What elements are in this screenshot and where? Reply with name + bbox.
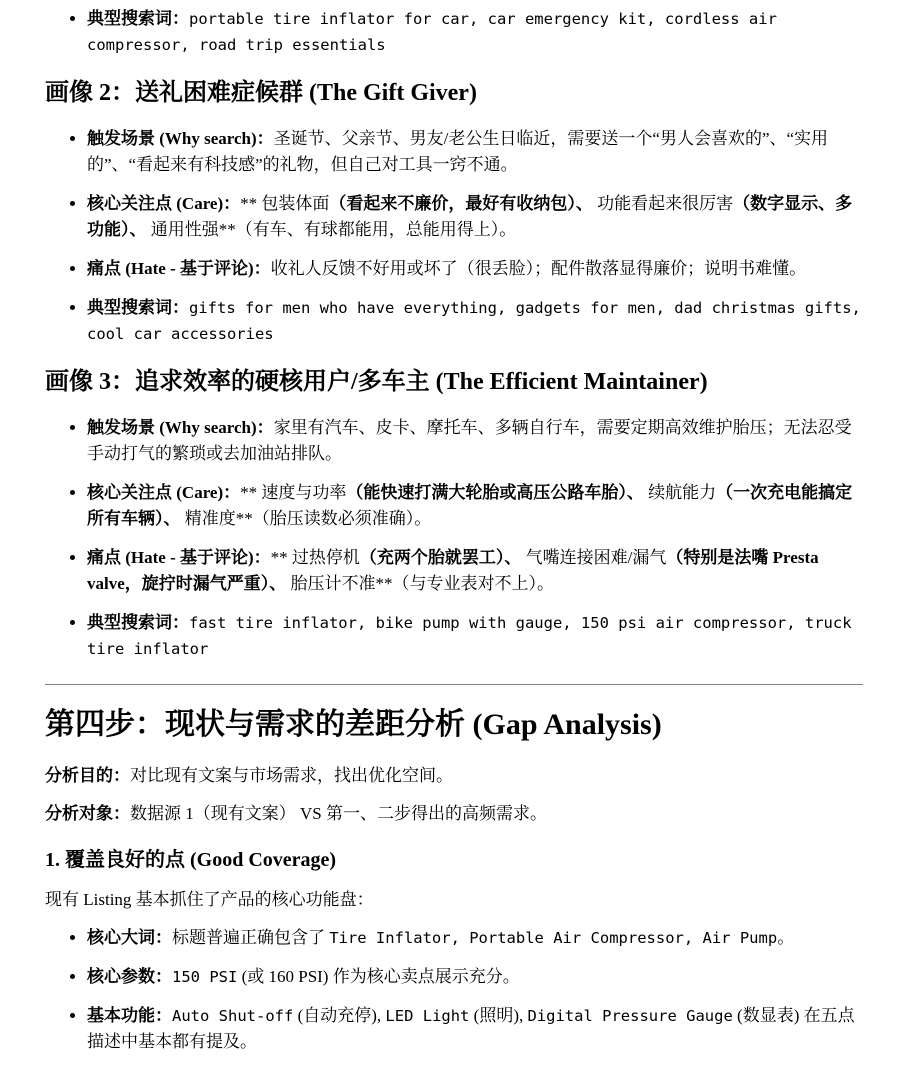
item-label: 典型搜索词： (87, 9, 189, 28)
item-text-bold: （看起来不廉价，最好有收纳包）、 (329, 194, 593, 213)
item-text-bold: （充两个胎就罢工）、 (360, 548, 522, 567)
section-heading-persona2: 画像 2：送礼困难症候群 (The Gift Giver) (45, 78, 863, 108)
item-label: 典型搜索词： (87, 298, 189, 317)
item-text: (或 160 PSI) 作为核心卖点展示充分。 (237, 967, 519, 986)
item-label: 触发场景 (Why search)： (87, 129, 274, 148)
list-item-pain: 痛点 (Hate - 基于评论)：** 过热停机（充两个胎就罢工）、 气嘴连接困… (87, 545, 863, 597)
item-text: ** 过热停机 (271, 548, 360, 567)
keyword-code: gifts for men who have everything, gadge… (87, 299, 861, 343)
item-label: 核心关注点 (Care)： (87, 483, 240, 502)
list-item-trigger: 触发场景 (Why search)：家里有汽车、皮卡、摩托车、多辆自行车，需要定… (87, 415, 863, 467)
item-label: 基本功能： (87, 1006, 172, 1025)
keyword-code: fast tire inflator, bike pump with gauge… (87, 614, 852, 658)
item-text: 。 (777, 928, 794, 947)
item-label: 痛点 (Hate - 基于评论)： (87, 259, 271, 278)
persona2-list: 触发场景 (Why search)：圣诞节、父亲节、男友/老公生日临近，需要送一… (45, 126, 863, 347)
paragraph-text: 数据源 1（现有文案） VS 第一、二步得出的高频需求。 (130, 804, 547, 823)
keyword-code: LED Light (385, 1007, 469, 1025)
item-label: 核心参数： (87, 967, 172, 986)
section-heading-persona3: 画像 3：追求效率的硬核用户/多车主 (The Efficient Mainta… (45, 367, 863, 397)
paragraph-label: 分析对象： (45, 804, 130, 823)
item-text: (照明), (469, 1006, 527, 1025)
item-text: 功能看起来很厉害 (593, 194, 733, 213)
item-label: 核心大词： (87, 928, 172, 947)
keyword-code: Tire Inflator, Portable Air Compressor, … (329, 929, 777, 947)
item-text: 续航能力 (644, 483, 716, 502)
keyword-list-persona1: 典型搜索词：portable tire inflator for car, ca… (45, 6, 863, 58)
keyword-code: 150 PSI (172, 968, 237, 986)
item-text: (自动充停), (293, 1006, 385, 1025)
list-item-basic-features: 基本功能：Auto Shut-off (自动充停), LED Light (照明… (87, 1003, 863, 1055)
list-item-care: 核心关注点 (Care)：** 包装体面（看起来不廉价，最好有收纳包）、 功能看… (87, 191, 863, 243)
subsection-heading-good-coverage: 1. 覆盖良好的点 (Good Coverage) (45, 847, 863, 873)
list-item-pain: 痛点 (Hate - 基于评论)：收礼人反馈不好用或坏了（很丢脸）；配件散落显得… (87, 256, 863, 282)
item-label: 典型搜索词： (87, 613, 189, 632)
analysis-goal: 分析目的：对比现有文案与市场需求，找出优化空间。 (45, 763, 863, 789)
list-item-keywords: 典型搜索词：fast tire inflator, bike pump with… (87, 610, 863, 662)
paragraph-label: 分析目的： (45, 766, 130, 785)
item-label: 核心关注点 (Care)： (87, 194, 240, 213)
list-item-care: 核心关注点 (Care)：** 速度与功率（能快速打满大轮胎或高压公路车胎）、 … (87, 480, 863, 532)
item-text: 气嘴连接困难/漏气 (521, 548, 666, 567)
item-text: 精准度**（胎压读数必须准确）。 (181, 509, 432, 528)
analysis-object: 分析对象：数据源 1（现有文案） VS 第一、二步得出的高频需求。 (45, 801, 863, 827)
item-text: 收礼人反馈不好用或坏了（很丢脸）；配件散落显得廉价；说明书难懂。 (271, 259, 807, 278)
item-label: 触发场景 (Why search)： (87, 418, 274, 437)
item-label: 痛点 (Hate - 基于评论)： (87, 548, 271, 567)
keyword-code: portable tire inflator for car, car emer… (87, 10, 777, 54)
page-title-step4: 第四步：现状与需求的差距分析 (Gap Analysis) (45, 707, 863, 743)
item-text-bold: （能快速打满大轮胎或高压公路车胎）、 (346, 483, 644, 502)
list-item-trigger: 触发场景 (Why search)：圣诞节、父亲节、男友/老公生日临近，需要送一… (87, 126, 863, 178)
keyword-code: Digital Pressure Gauge (527, 1007, 732, 1025)
list-item-keywords: 典型搜索词：gifts for men who have everything,… (87, 295, 863, 347)
item-text: 胎压计不准**（与专业表对不上）。 (286, 574, 554, 593)
item-text: 通用性强**（有车、有球都能用，总能用得上）。 (147, 220, 517, 239)
document: 典型搜索词：portable tire inflator for car, ca… (45, 6, 863, 1055)
list-item-core-keywords: 核心大词：标题普遍正确包含了 Tire Inflator, Portable A… (87, 925, 863, 951)
section-divider (45, 684, 863, 685)
good-coverage-intro: 现有 Listing 基本抓住了产品的核心功能盘： (45, 887, 863, 913)
list-item-core-specs: 核心参数：150 PSI (或 160 PSI) 作为核心卖点展示充分。 (87, 964, 863, 990)
item-text: ** 包装体面 (240, 194, 329, 213)
keyword-code: Auto Shut-off (172, 1007, 293, 1025)
persona3-list: 触发场景 (Why search)：家里有汽车、皮卡、摩托车、多辆自行车，需要定… (45, 415, 863, 662)
good-coverage-list: 核心大词：标题普遍正确包含了 Tire Inflator, Portable A… (45, 925, 863, 1055)
list-item-keywords: 典型搜索词：portable tire inflator for car, ca… (87, 6, 863, 58)
item-text: ** 速度与功率 (240, 483, 346, 502)
paragraph-text: 对比现有文案与市场需求，找出优化空间。 (130, 766, 453, 785)
item-text: 标题普遍正确包含了 (172, 928, 329, 947)
